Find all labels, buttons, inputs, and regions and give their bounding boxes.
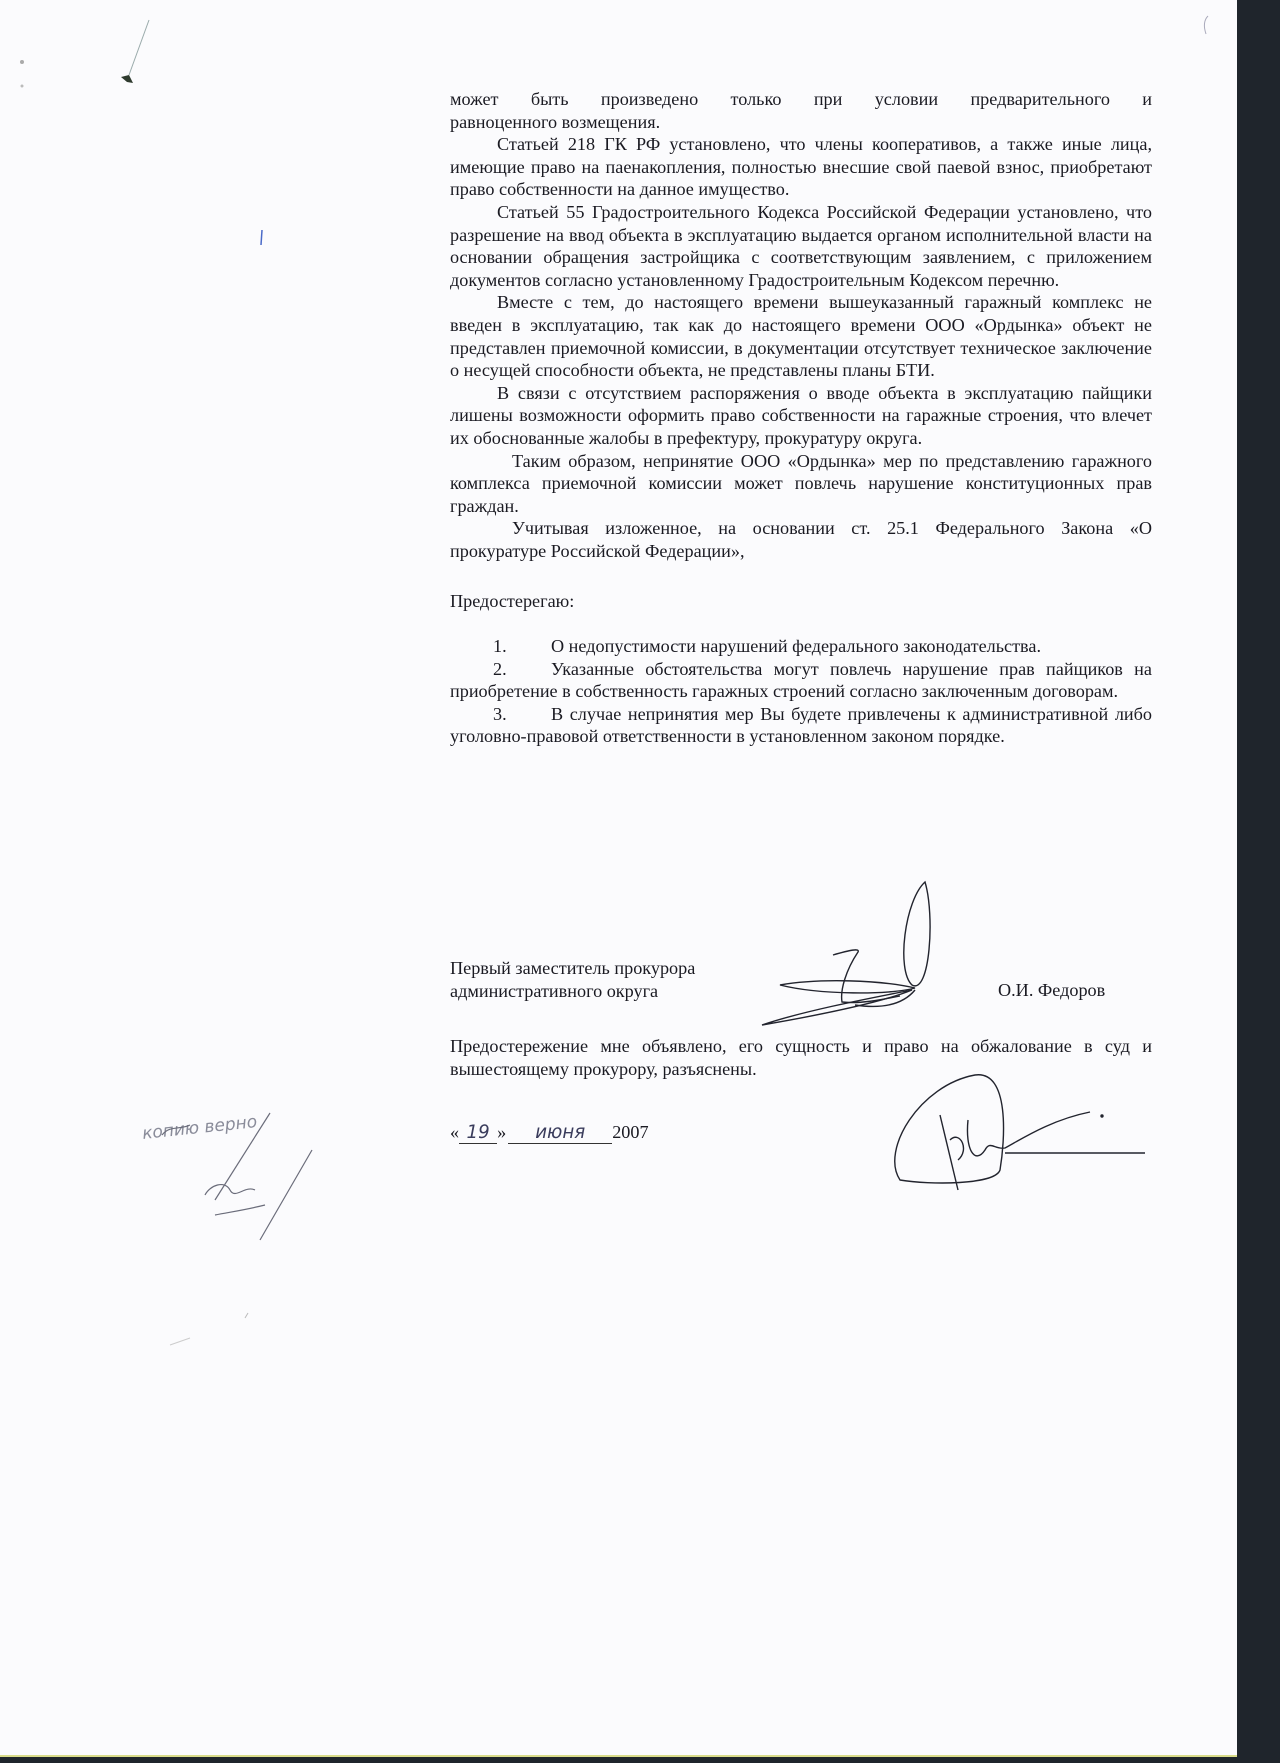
list-item-3-text: В случае непринятия мер Вы будете привле…: [450, 704, 1152, 747]
page-edge: [0, 1755, 1237, 1757]
acknowledgement-text: Предостережение мне объявлено, его сущно…: [450, 1035, 1152, 1080]
date-month-handwritten: июня: [508, 1122, 612, 1144]
paragraph-no-order: В связи с отсутствием распоряжения о вво…: [450, 382, 1152, 450]
recipient-signature-icon: [895, 1075, 1145, 1190]
prosecutor-signature-icon: [762, 882, 930, 1025]
list-item-2-text: Указанные обстоятельства могут повлечь н…: [450, 659, 1152, 702]
signatory-name: О.И. Федоров: [998, 979, 1105, 1002]
list-item-1-text: О недопустимости нарушений федерального …: [551, 636, 1041, 656]
list-item-2: 2.Указанные обстоятельства могут повлечь…: [450, 658, 1152, 703]
list-item-3-number: 3.: [493, 703, 551, 726]
margin-note-line1: копию верно: [141, 1112, 258, 1144]
scanned-page: может быть произведено только при услови…: [0, 0, 1237, 1756]
list-item-2-number: 2.: [493, 658, 551, 681]
paragraph-not-commissioned: Вместе с тем, до настоящего времени выше…: [450, 291, 1152, 381]
date-year: 2007: [612, 1122, 648, 1142]
list-item-3: 3.В случае непринятия мер Вы будете прив…: [450, 703, 1152, 748]
paragraph-legal-basis: Учитывая изложенное, на основании ст. 25…: [450, 517, 1152, 562]
date-day-handwritten: 19: [459, 1122, 497, 1144]
paragraph-continuation-line2: равноценного возмещения.: [450, 111, 1152, 134]
paragraph-article-218: Статьей 218 ГК РФ установлено, что члены…: [450, 133, 1152, 201]
date-open-quote: «: [450, 1122, 459, 1142]
date-close-quote: »: [497, 1122, 506, 1142]
list-item-1: 1.О недопустимости нарушений федеральног…: [450, 635, 1152, 658]
paragraph-continuation-line1: может быть произведено только при услови…: [450, 88, 1152, 111]
margin-note: копию верно: [141, 1112, 258, 1144]
signature-block: Первый заместитель прокурора администрат…: [450, 957, 1152, 1002]
paragraph-conclusion: Таким образом, непринятие ООО «Ордынка» …: [450, 450, 1152, 518]
acknowledgement-date: «19»июня2007: [450, 1122, 649, 1144]
document-body: может быть произведено только при услови…: [450, 88, 1152, 748]
signatory-position-line1: Первый заместитель прокурора: [450, 957, 1152, 980]
list-item-1-number: 1.: [493, 635, 551, 658]
warning-heading: Предостерегаю:: [450, 590, 1152, 613]
paragraph-article-55: Статьей 55 Градостроительного Кодекса Ро…: [450, 201, 1152, 291]
